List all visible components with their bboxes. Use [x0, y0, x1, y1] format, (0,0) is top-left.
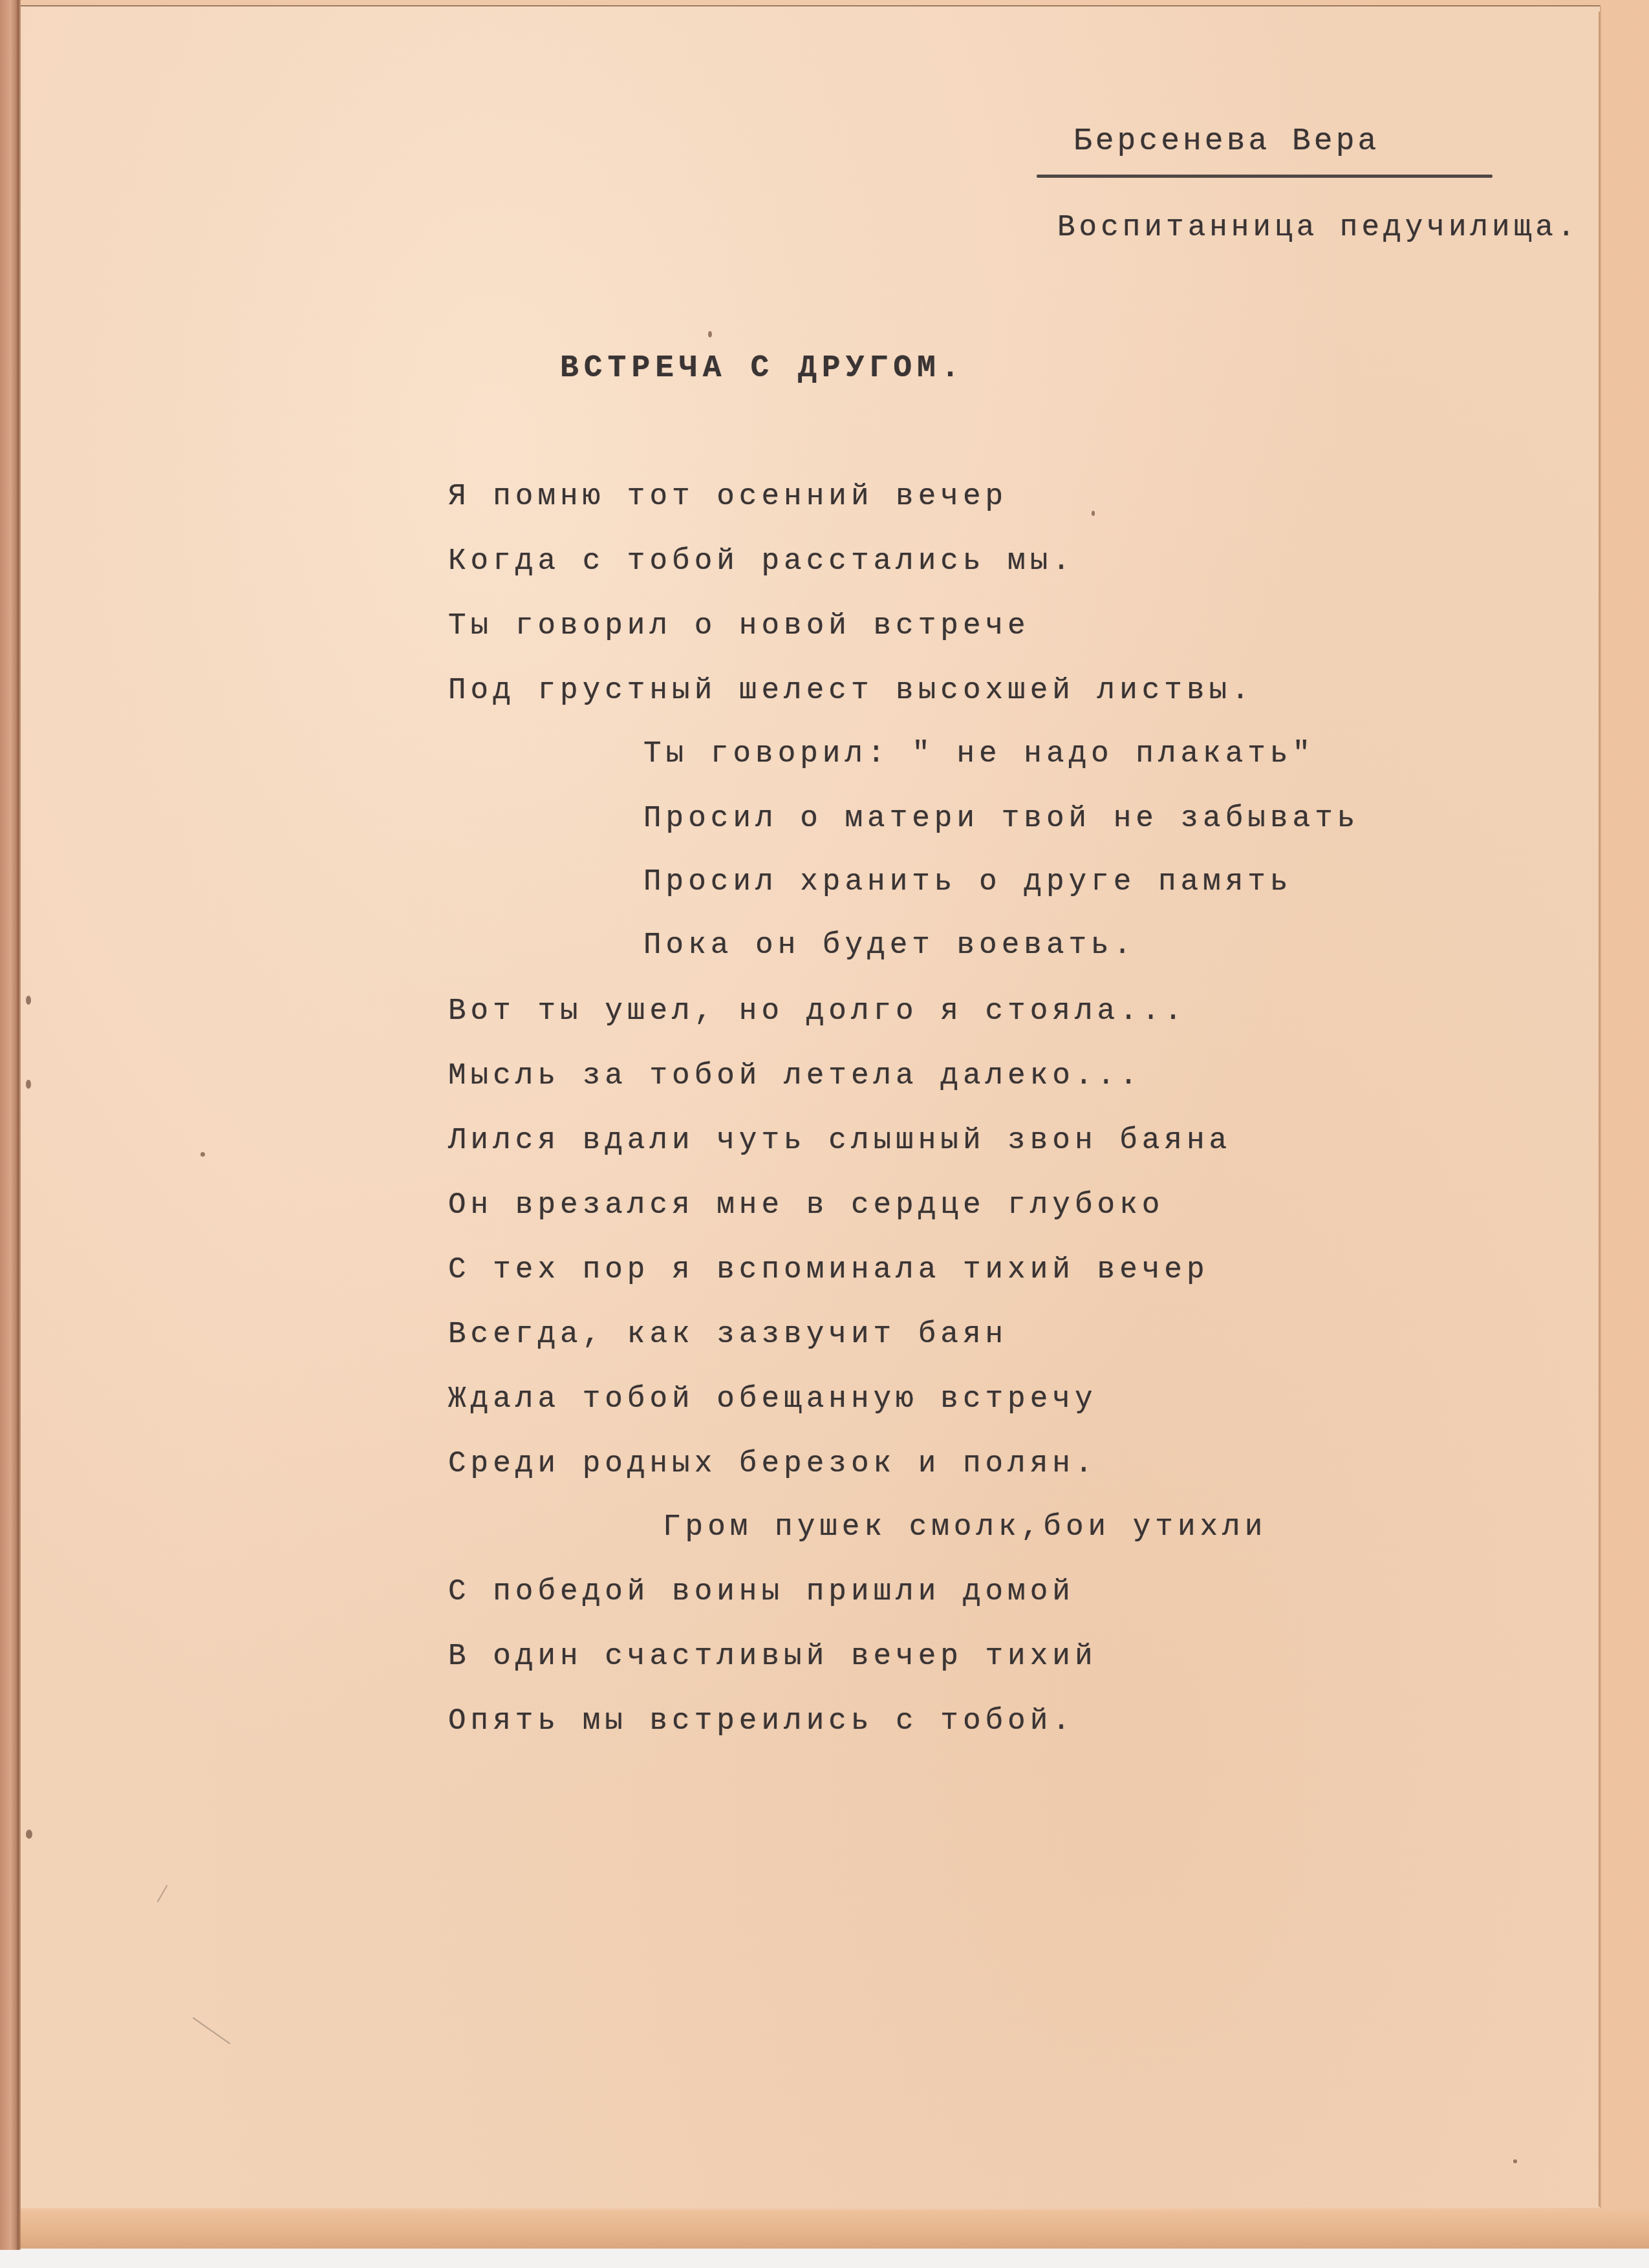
poem-title: ВСТРЕЧА С ДРУГОМ. — [560, 351, 965, 386]
poem-line: Вот ты ушел, но долго я стояла... — [448, 994, 1187, 1028]
binding-hole — [26, 996, 31, 1005]
paper-speck — [200, 1152, 205, 1157]
poem-line: Ждала тобой обещанную встречу — [448, 1382, 1097, 1416]
poem-line-indented: Просил хранить о друге память — [643, 865, 1293, 899]
poem-line: В один счастливый вечер тихий — [448, 1640, 1097, 1673]
poem-line: Когда с тобой расстались мы. — [448, 544, 1075, 578]
poem-line: Среди родных березок и полян. — [448, 1447, 1097, 1481]
poem-line: Ты говорил о новой встрече — [448, 609, 1030, 643]
poem-line-indented: Ты говорил: " не надо плакать" — [643, 737, 1315, 771]
author-name: Берсенева Вера — [1073, 124, 1379, 159]
poem-line: Я помню тот осенний вечер — [448, 480, 1008, 513]
binding-hole — [26, 1830, 32, 1839]
poem-line: Мысль за тобой летела далеко... — [448, 1059, 1142, 1093]
page-bottom-edge — [0, 2210, 1649, 2251]
author-underline — [1037, 175, 1493, 178]
poem-line: Он врезался мне в сердце глубоко — [448, 1188, 1164, 1222]
poem-line-indented: Гром пушек смолк,бои утихли — [663, 1510, 1267, 1544]
author-affiliation: Воспитанница педучилища. — [1057, 211, 1579, 244]
scan-background — [0, 2249, 1649, 2268]
sheet-right-edge — [1599, 12, 1600, 2207]
poem-line-indented: Пока он будет воевать. — [643, 928, 1136, 962]
binding-hole — [26, 1080, 31, 1089]
poem-line: Под грустный шелест высохшей листвы. — [448, 674, 1254, 707]
typewritten-sheet — [21, 5, 1600, 2208]
paper-speck — [1513, 2159, 1517, 2163]
poem-line-indented: Просил о матери твой не забывать — [643, 802, 1359, 835]
poem-line: С тех пор я вспоминала тихий вечер — [448, 1253, 1209, 1287]
paper-speck — [1092, 511, 1095, 516]
poem-line: Всегда, как зазвучит баян — [448, 1318, 1008, 1351]
poem-line: Опять мы встреились с тобой. — [448, 1704, 1075, 1738]
paper-speck — [708, 331, 712, 337]
poem-line: С победой воины пришли домой — [448, 1575, 1075, 1609]
poem-line: Лился вдали чуть слышный звон баяна — [448, 1124, 1231, 1157]
